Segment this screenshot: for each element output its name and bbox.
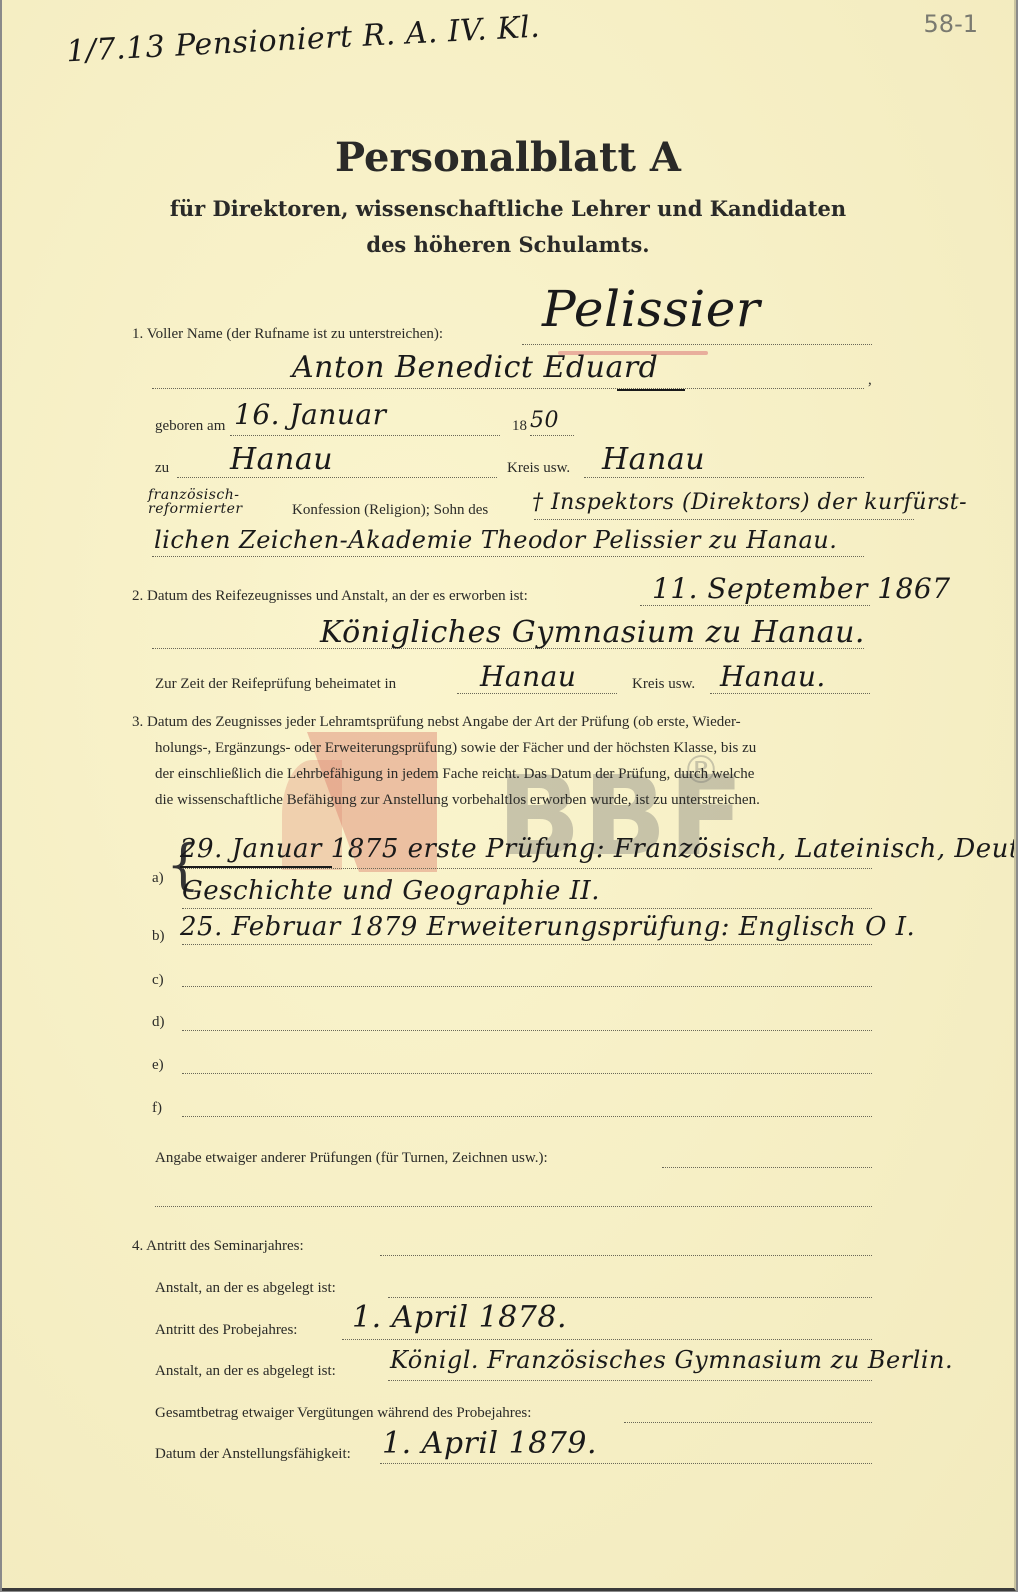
rufname-underline (617, 389, 685, 391)
entry-label-c: c) (152, 972, 164, 989)
field-line (640, 605, 870, 606)
field-birth-year: 50 (530, 408, 559, 433)
document-page: BBF ® 1/7.13 Pensioniert R. A. IV. Kl. 5… (2, 0, 1016, 1591)
section3-description-line: die wissenschaftliche Befähigung zur Ans… (155, 792, 760, 809)
label-at: zu (155, 460, 169, 477)
label-probation-start: Antritt des Probejahres: (155, 1322, 297, 1339)
field-line (522, 344, 872, 345)
field-home: Hanau (480, 660, 576, 693)
field-confession: französisch-reformierter (148, 488, 278, 516)
field-exam-b: 25. Februar 1879 Erweiterungsprüfung: En… (180, 912, 915, 942)
section3-description-line: 3. Datum des Zeugnisses jeder Lehramtspr… (132, 714, 741, 731)
field-line (584, 477, 864, 478)
field-line (342, 1339, 872, 1340)
label-eligibility: Datum der Anstellungsfähigkeit: (155, 1446, 351, 1463)
field-line (230, 435, 500, 436)
field-line (182, 944, 872, 945)
label-compensation: Gesamtbetrag etwaiger Vergütungen währen… (155, 1405, 531, 1422)
field-father-line2: lichen Zeichen-Akademie Theodor Pelissie… (154, 526, 837, 554)
label-confession-son: Konfession (Religion); Sohn des (292, 502, 488, 519)
field-eligibility: 1. April 1879. (382, 1426, 597, 1461)
field-exam-a-line2: Geschichte und Geographie II. (182, 876, 600, 906)
page-subtitle-line1: für Direktoren, wissenschaftliche Lehrer… (2, 196, 1014, 221)
field-line (182, 986, 872, 987)
label-year-prefix: 18 (512, 418, 527, 435)
field-given-names: Anton Benedict Eduard (292, 350, 658, 385)
field-line (152, 388, 864, 389)
field-birth-date: 16. Januar (234, 398, 387, 431)
field-birth-district: Hanau (602, 442, 705, 477)
field-father-line1: † Inspektors (Direktors) der kurfürst- (532, 490, 967, 515)
field-probation-start: 1. April 1878. (352, 1300, 567, 1335)
label-probation-institution: Anstalt, an der es abgelegt ist: (155, 1363, 336, 1380)
field-line (457, 693, 617, 694)
entry-label-e: e) (152, 1057, 164, 1074)
label-full-name: 1. Voller Name (der Rufname ist zu unter… (132, 326, 443, 343)
field-line (152, 556, 864, 557)
comma: , (868, 372, 872, 389)
field-line (380, 1255, 872, 1256)
field-line (534, 519, 914, 520)
section3-description-line: der einschließlich die Lehrbefähigung in… (155, 766, 754, 783)
field-line (662, 1167, 872, 1168)
label-district: Kreis usw. (632, 676, 695, 693)
field-probation-institution: Königl. Französisches Gymnasium zu Berli… (390, 1346, 953, 1374)
entry-label-a: a) (152, 870, 164, 887)
field-line (710, 693, 870, 694)
field-line (182, 1030, 872, 1031)
field-line (380, 1463, 872, 1464)
field-maturity-date: 11. September 1867 (652, 572, 951, 605)
label-maturity: 2. Datum des Reifezeugnisses und Anstalt… (132, 588, 528, 605)
label-district: Kreis usw. (507, 460, 570, 477)
field-line (182, 908, 872, 909)
field-line (388, 1297, 872, 1298)
field-line (182, 1073, 872, 1074)
field-line (155, 1206, 872, 1207)
page-title: Personalblatt A (2, 134, 1014, 181)
field-birth-place: Hanau (230, 442, 333, 477)
exam-underline (180, 866, 332, 868)
field-exam-a-line1: 29. Januar 1875 erste Prüfung: Französis… (180, 834, 1016, 864)
section3-description-line: holungs-, Ergänzungs- oder Erweiterungsp… (155, 740, 756, 757)
field-line (388, 1380, 872, 1381)
field-line (530, 435, 574, 436)
label-seminar-start: 4. Antritt des Seminarjahres: (132, 1238, 304, 1255)
entry-label-f: f) (152, 1100, 162, 1117)
field-surname: Pelissier (542, 280, 760, 338)
field-line (182, 1116, 872, 1117)
label-home: Zur Zeit der Reifeprüfung beheimatet in (155, 676, 396, 693)
top-left-annotation: 1/7.13 Pensioniert R. A. IV. Kl. (65, 10, 541, 70)
field-line (624, 1422, 872, 1423)
archive-number: 58-1 (924, 10, 978, 38)
entry-label-b: b) (152, 928, 165, 945)
field-maturity-institution: Königliches Gymnasium zu Hanau. (320, 615, 865, 650)
field-line (177, 477, 497, 478)
label-seminar-institution: Anstalt, an der es abgelegt ist: (155, 1280, 336, 1297)
entry-label-d: d) (152, 1014, 165, 1031)
label-born: geboren am (155, 418, 225, 435)
field-line (182, 868, 872, 869)
page-subtitle-line2: des höheren Schulamts. (2, 232, 1014, 257)
label-other-exams: Angabe etwaiger anderer Prüfungen (für T… (155, 1150, 548, 1167)
field-district: Hanau. (720, 660, 826, 693)
